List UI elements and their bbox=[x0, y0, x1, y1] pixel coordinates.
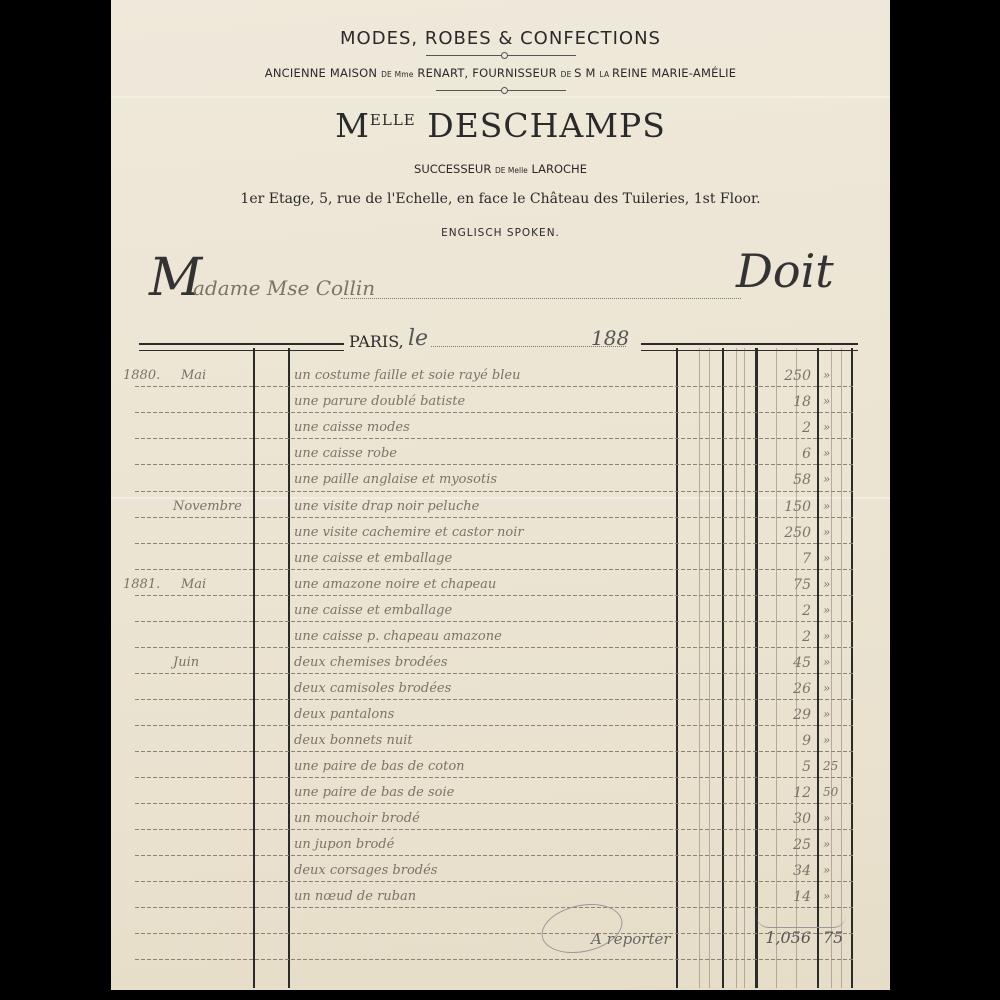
carried-forward-francs: 1,056 bbox=[751, 928, 811, 947]
former-house-line: ANCIENNE MAISON DE Mme RENART, FOURNISSE… bbox=[111, 66, 890, 80]
ledger-row: un mouchoir brodé 30» bbox=[111, 811, 890, 837]
header-double-rule bbox=[139, 343, 344, 351]
ledger-row: un jupon brodé 25» bbox=[111, 837, 890, 863]
ledger-row: une caisse et emballage 2» bbox=[111, 603, 890, 629]
date-year: 188 bbox=[591, 326, 629, 350]
ledger-row: deux corsages brodés 34» bbox=[111, 863, 890, 889]
ledger-row: une paille anglaise et myosotis 58» bbox=[111, 472, 890, 498]
ledger-row: une caisse robe 6» bbox=[111, 446, 890, 472]
ledger-row: un nœud de ruban 14» bbox=[111, 889, 890, 915]
city-label: PARIS, bbox=[349, 332, 404, 351]
language-note: ENGLISCH SPOKEN. bbox=[111, 227, 890, 239]
ledger-row: une caisse et emballage 7» bbox=[111, 551, 890, 577]
paper-fold bbox=[111, 96, 890, 98]
successor-line: SUCCESSEUR DE Melle LAROCHE bbox=[111, 162, 890, 176]
ledger-row: une caisse modes 2» bbox=[111, 420, 890, 446]
proprietor-name: MELLE DESCHAMPS bbox=[111, 106, 890, 145]
address-line: 1er Etage, 5, rue de l'Echelle, en face … bbox=[111, 191, 890, 207]
addressee-dotted-line bbox=[341, 298, 741, 300]
ornament-divider bbox=[426, 55, 576, 56]
ledger-row: 1881.Mai une amazone noire et chapeau 75… bbox=[111, 577, 890, 603]
addressee-name: adame Mse Collin bbox=[193, 276, 375, 300]
ledger-row: Novembre une visite drap noir peluche 15… bbox=[111, 499, 890, 525]
header-double-rule bbox=[641, 343, 858, 351]
ledger-row: 1880.Mai un costume faille et soie rayé … bbox=[111, 368, 890, 394]
carried-forward-cents: 75 bbox=[823, 928, 843, 947]
ledger-row: deux camisoles brodées 26» bbox=[111, 681, 890, 707]
owes-label: Doit bbox=[736, 244, 834, 298]
ledger-row: une caisse p. chapeau amazone 2» bbox=[111, 629, 890, 655]
ledger-row: une visite cachemire et castor noir 250» bbox=[111, 525, 890, 551]
date-le: le bbox=[408, 326, 428, 351]
ledger-row: une paire de bas de coton 525 bbox=[111, 759, 890, 785]
ruled-line bbox=[135, 933, 855, 934]
trade-heading: MODES, ROBES & CONFECTIONS bbox=[111, 28, 890, 49]
carried-forward-label: A reporter bbox=[591, 930, 671, 948]
ledger-row: deux pantalons 29» bbox=[111, 707, 890, 733]
ledger-row: une paire de bas de soie 1250 bbox=[111, 785, 890, 811]
ledger-row: deux bonnets nuit 9» bbox=[111, 733, 890, 759]
ruled-line bbox=[135, 959, 855, 960]
ledger-row: Juin deux chemises brodées 45» bbox=[111, 655, 890, 681]
invoice-paper: MODES, ROBES & CONFECTIONS ANCIENNE MAIS… bbox=[111, 0, 890, 990]
ornament-divider bbox=[436, 90, 566, 91]
ledger-row: une parure doublé batiste 18» bbox=[111, 394, 890, 420]
total-flourish bbox=[756, 915, 846, 928]
